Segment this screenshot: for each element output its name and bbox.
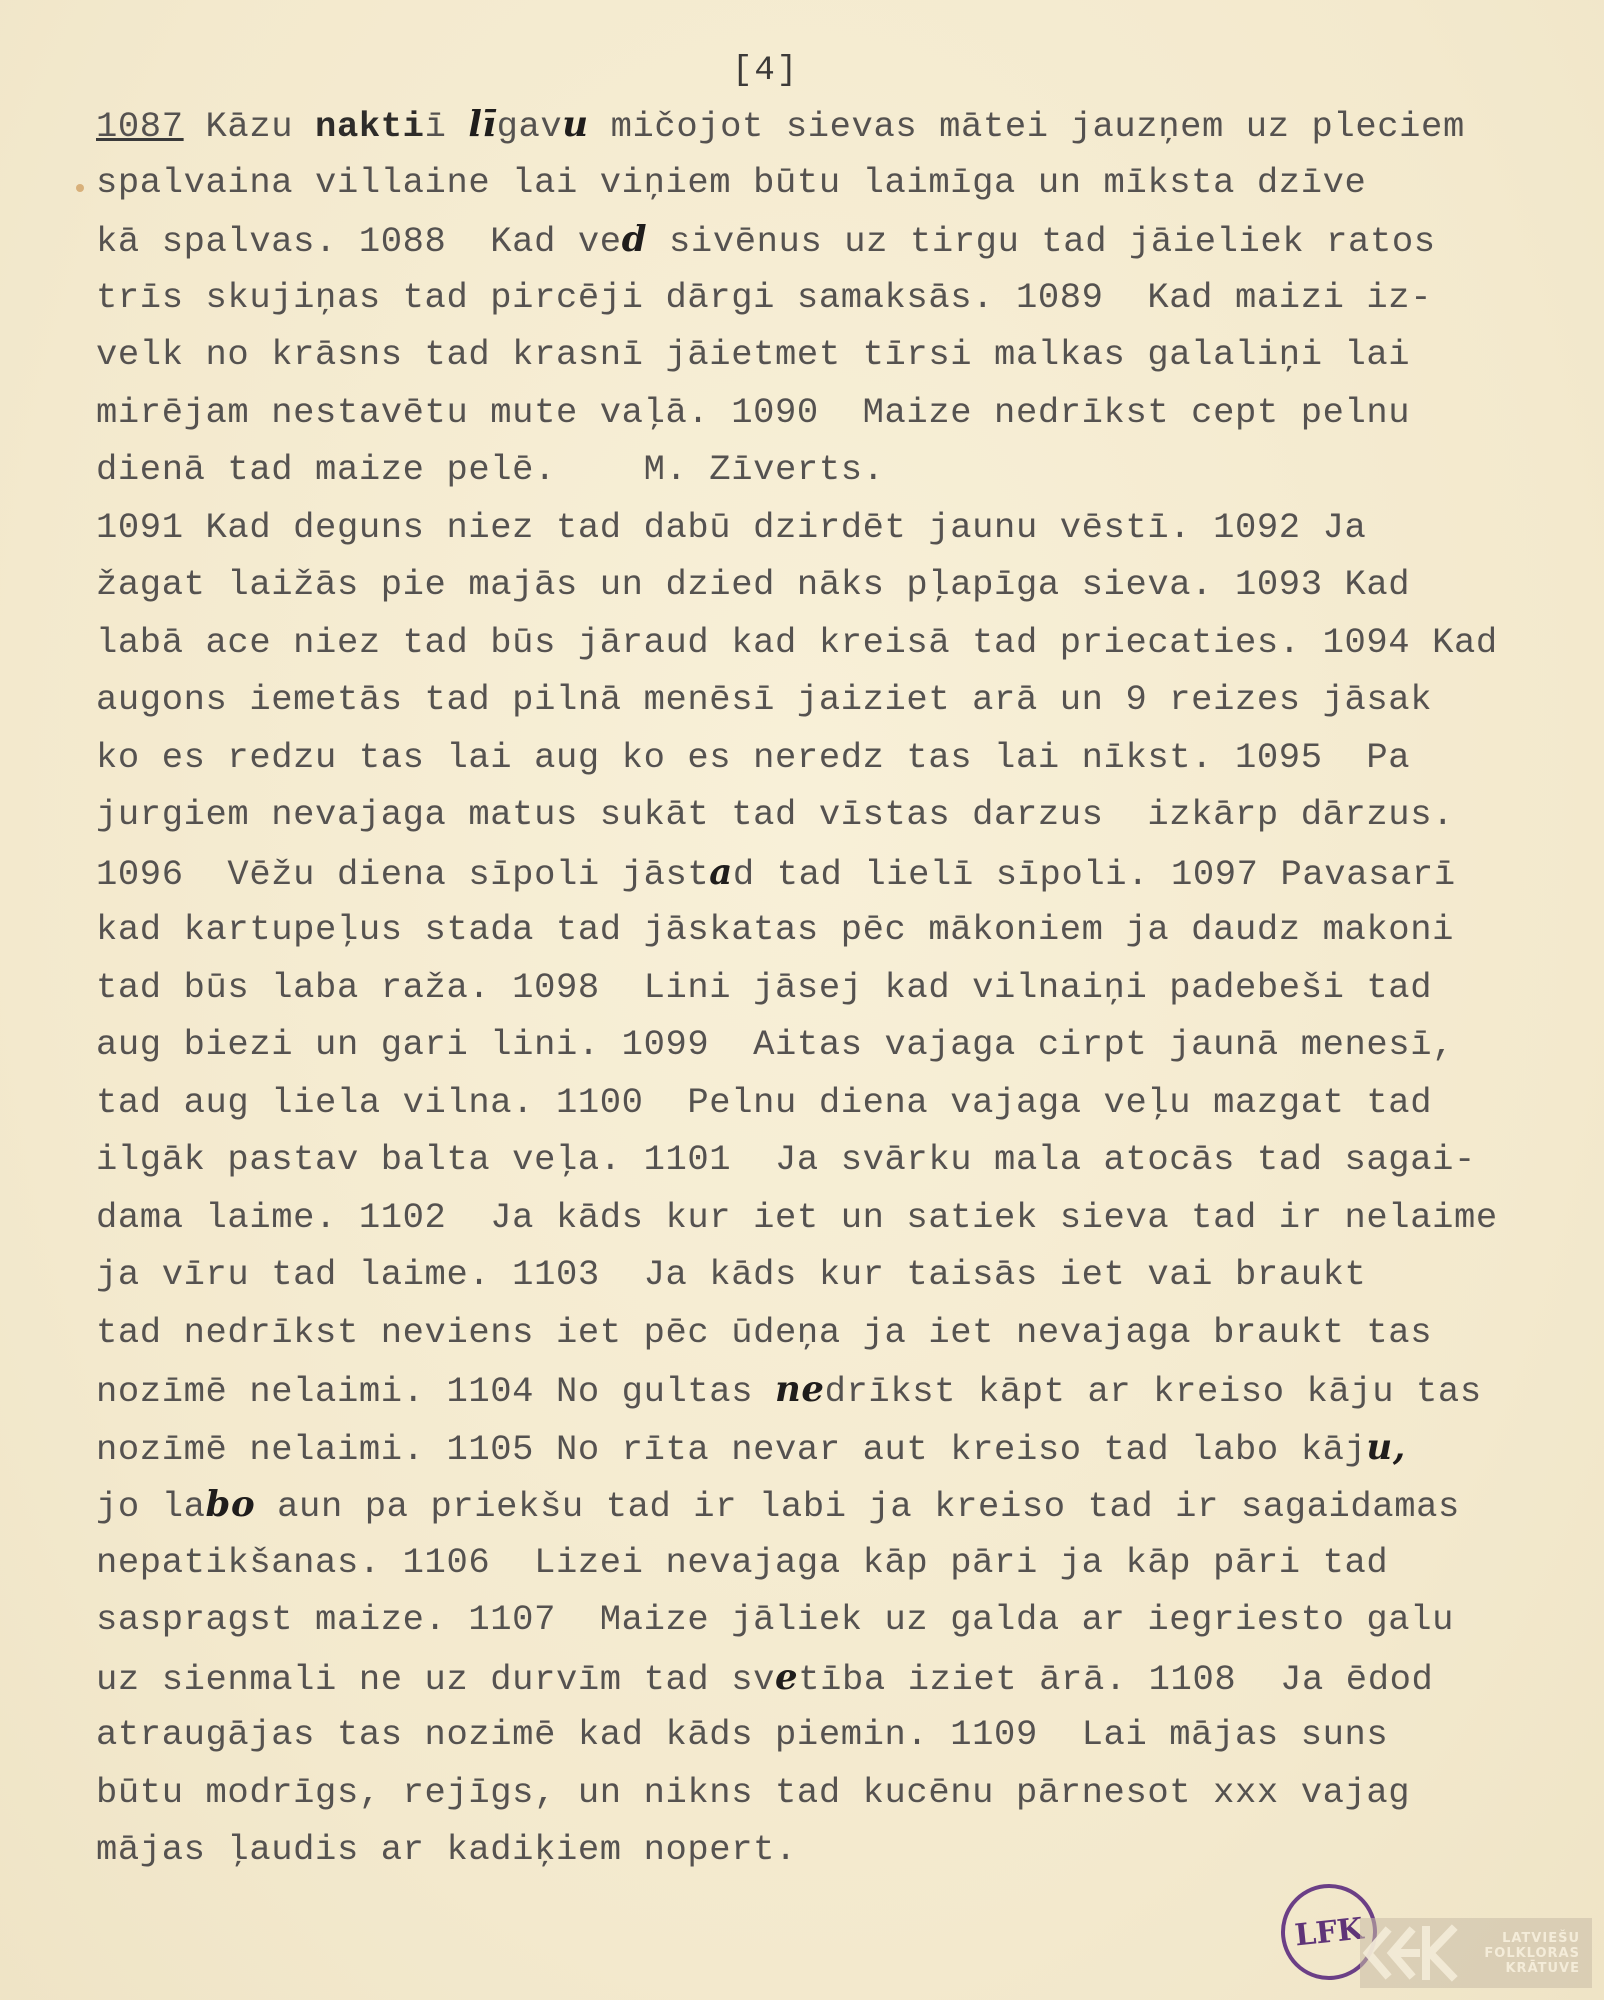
handwritten-correction: lī [468,104,496,145]
text-line: mājas ļaudis ar kadiķiem nopert. [96,1821,1498,1879]
archive-logo: LATVIEŠU FOLKLORAS KRĀTUVE [1360,1918,1592,1988]
text-segment: sivēnus uz tirgu tad jāieliek ratos [647,221,1436,262]
text-segment: spalvaina villaine lai viņiem būtu laimī… [96,162,1366,203]
logo-line-3: KRĀTUVE [1470,1961,1580,1976]
text-segment: būtu modrīgs, rejīgs, un nikns tad kucēn… [96,1772,1410,1813]
text-segment: dama laime. 1102 Ja kāds kur iet un sati… [96,1197,1498,1238]
handwritten-correction: u, [1366,1427,1405,1468]
text-line: tad nedrīkst neviens iet pēc ūdeņa ja ie… [96,1304,1498,1362]
text-line: tad būs laba raža. 1098 Lini jāsej kad v… [96,959,1498,1017]
text-segment: nakti [315,106,425,147]
text-segment: 1091 Kad deguns niez tad dabū dzirdēt ja… [96,507,1366,548]
text-segment: tad nedrīkst neviens iet pēc ūdeņa ja ie… [96,1312,1432,1353]
text-segment: tad aug liela vilna. 1100 Pelnu diena va… [96,1082,1432,1123]
text-line: jo labo aun pa priekšu tad ir labi ja kr… [96,1476,1498,1534]
text-line: augons iemetās tad pilnā menēsī jaiziet … [96,671,1498,729]
text-line: dienā tad maize pelē. M. Zīverts. [96,441,1498,499]
text-segment: aun pa priekšu tad ir labi ja kreiso tad… [255,1486,1460,1527]
text-segment: dienā tad maize pelē. M. Zīverts. [96,449,885,490]
text-segment: atraugājas tas nozimē kad kāds piemin. 1… [96,1714,1388,1755]
text-line: spalvaina villaine lai viņiem būtu laimī… [96,154,1498,212]
text-line: tad aug liela vilna. 1100 Pelnu diena va… [96,1074,1498,1132]
logo-line-1: LATVIEŠU [1470,1931,1580,1946]
text-segment: 1096 Vēžu diena sīpoli jāst [96,854,709,895]
stamp-text: LFK [1293,1911,1365,1953]
handwritten-correction: d [622,219,647,260]
entry-number: 1087 [96,106,184,147]
text-line: atraugājas tas nozimē kad kāds piemin. 1… [96,1706,1498,1764]
logo-mark-icon [1360,1918,1470,1988]
text-segment: kā spalvas. 1088 Kad ve [96,221,622,262]
text-line: nepatikšanas. 1106 Lizei nevajaga kāp pā… [96,1534,1498,1592]
text-segment: saspragst maize. 1107 Maize jāliek uz ga… [96,1599,1454,1640]
text-line: ilgāk pastav balta veļa. 1101 Ja svārku … [96,1131,1498,1189]
text-segment: d tad lielī sīpoli. 1097 Pavasarī [733,854,1456,895]
text-segment: nozīmē nelaimi. 1105 No rīta nevar aut k… [96,1429,1366,1470]
text-segment: tad būs laba raža. 1098 Lini jāsej kad v… [96,967,1432,1008]
text-segment: velk no krāsns tad krasnī jāietmet tīrsi… [96,334,1410,375]
handwritten-correction: u [562,104,588,145]
page-number: [4] [732,52,799,90]
text-line: aug biezi un gari lini. 1099 Aitas vajag… [96,1016,1498,1074]
text-line: dama laime. 1102 Ja kāds kur iet un sati… [96,1189,1498,1247]
text-line: uz sienmali ne uz durvīm tad svetība izi… [96,1649,1498,1707]
text-segment: Kāzu [184,106,315,147]
text-segment: tība iziet ārā. 1108 Ja ēdod [798,1659,1433,1700]
text-line: kā spalvas. 1088 Kad ved sivēnus uz tirg… [96,211,1498,269]
text-segment: trīs skujiņas tad pircēji dārgi samaksās… [96,277,1432,318]
handwritten-correction: e [775,1657,798,1698]
text-line: labā ace niez tad būs jāraud kad kreisā … [96,614,1498,672]
handwritten-correction: ne [775,1369,825,1410]
text-segment: aug biezi un gari lini. 1099 Aitas vajag… [96,1024,1454,1065]
text-line: jurgiem nevajaga matus sukāt tad vīstas … [96,786,1498,844]
text-line: nozīmē nelaimi. 1105 No rīta nevar aut k… [96,1419,1498,1477]
text-line: būtu modrīgs, rejīgs, un nikns tad kucēn… [96,1764,1498,1822]
text-segment: nozīmē nelaimi. 1104 No gultas [96,1371,775,1412]
text-segment: drīkst kāpt ar kreiso kāju tas [825,1371,1482,1412]
text-segment: mičojot sievas mātei jauzņem uz pleciem [589,106,1465,147]
text-line: kad kartupeļus stada tad jāskatas pēc mā… [96,901,1498,959]
text-segment: mājas ļaudis ar kadiķiem nopert. [96,1829,797,1870]
text-segment: jo la [96,1486,206,1527]
handwritten-correction: bo [206,1484,256,1525]
text-segment: žagat laižās pie majās un dzied nāks pļa… [96,564,1410,605]
text-segment: ko es redzu tas lai aug ko es neredz tas… [96,737,1410,778]
text-segment: gav [497,106,563,147]
logo-line-2: FOLKLORAS [1470,1946,1580,1961]
text-line: ko es redzu tas lai aug ko es neredz tas… [96,729,1498,787]
text-line: ja vīru tad laime. 1103 Ja kāds kur tais… [96,1246,1498,1304]
text-segment: mirējam nestavētu mute vaļā. 1090 Maize … [96,392,1410,433]
text-segment: ilgāk pastav balta veļa. 1101 Ja svārku … [96,1139,1476,1180]
text-line: mirējam nestavētu mute vaļā. 1090 Maize … [96,384,1498,442]
text-line: velk no krāsns tad krasnī jāietmet tīrsi… [96,326,1498,384]
text-segment: kad kartupeļus stada tad jāskatas pēc mā… [96,909,1454,950]
text-segment: nepatikšanas. 1106 Lizei nevajaga kāp pā… [96,1542,1388,1583]
text-segment: ī [425,106,469,147]
margin-mark [76,184,84,192]
text-segment: augons iemetās tad pilnā menēsī jaiziet … [96,679,1432,720]
text-line: trīs skujiņas tad pircēji dārgi samaksās… [96,269,1498,327]
typed-text-body: 1087 Kāzu naktiī līgavu mičojot sievas m… [96,96,1498,1879]
text-segment: ja vīru tad laime. 1103 Ja kāds kur tais… [96,1254,1366,1295]
text-segment: jurgiem nevajaga matus sukāt tad vīstas … [96,794,1454,835]
text-line: saspragst maize. 1107 Maize jāliek uz ga… [96,1591,1498,1649]
text-line: 1087 Kāzu naktiī līgavu mičojot sievas m… [96,96,1498,154]
text-line: 1096 Vēžu diena sīpoli jāstad tad lielī … [96,844,1498,902]
text-line: 1091 Kad deguns niez tad dabū dzirdēt ja… [96,499,1498,557]
text-line: žagat laižās pie majās un dzied nāks pļa… [96,556,1498,614]
logo-text: LATVIEŠU FOLKLORAS KRĀTUVE [1470,1931,1592,1976]
text-line: nozīmē nelaimi. 1104 No gultas nedrīkst … [96,1361,1498,1419]
text-segment: labā ace niez tad būs jāraud kad kreisā … [96,622,1498,663]
text-segment: uz sienmali ne uz durvīm tad sv [96,1659,775,1700]
handwritten-correction: a [709,852,733,893]
